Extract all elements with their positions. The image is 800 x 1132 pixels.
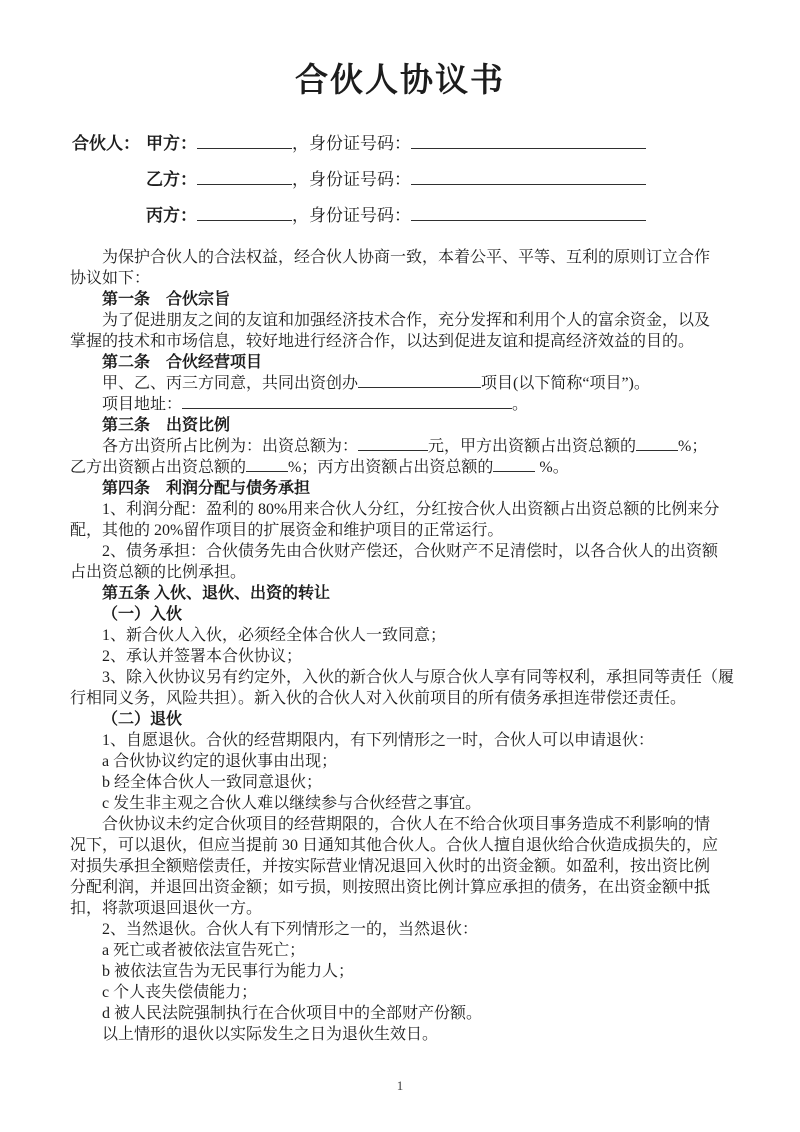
text-line: b 被依法宣告为无民事行为能力人； <box>70 961 730 982</box>
text-line: 项目地址：。 <box>70 394 730 415</box>
section-heading: （二）退伙 <box>70 709 730 730</box>
underline-blank <box>411 134 646 149</box>
text-line: 乙方出资额占出资总额的%；丙方出资额占出资总额的 %。 <box>70 457 730 478</box>
text-segment: 为了促进朋友之间的友谊和加强经济技术合作，充分发挥和利用个人的富余资金，以及 <box>102 312 710 329</box>
parties-block: 合伙人：甲方：，身份证号码：乙方：，身份证号码：丙方：，身份证号码： <box>72 129 730 237</box>
underline-blank <box>358 436 428 451</box>
text-line: a 合伙协议约定的退伙事由出现； <box>70 751 730 772</box>
text-line: 分配利润，并退回出资金额；如亏损，则按照出资比例计算应承担的债务，在出资金额中抵 <box>70 877 730 898</box>
text-line: c 个人丧失偿债能力； <box>70 982 730 1003</box>
text-segment: 乙方出资额占出资总额的 <box>70 459 246 476</box>
text-line: 甲、乙、丙三方同意，共同出资创办项目(以下简称“项目”)。 <box>70 373 730 394</box>
text-segment: （二）退伙 <box>102 711 182 728</box>
text-segment: 第四条 利润分配与债务承担 <box>102 480 310 497</box>
section-heading: 第一条 合伙宗旨 <box>70 289 730 310</box>
text-segment: c 个人丧失偿债能力； <box>102 984 257 1001</box>
text-line: 况下，可以退伙，但应当提前 30 日通知其他合伙人。合伙人擅自退伙给合伙造成损失… <box>70 835 730 856</box>
text-segment: 第三条 出资比例 <box>102 417 230 434</box>
text-line: 为了促进朋友之间的友谊和加强经济技术合作，充分发挥和利用个人的富余资金，以及 <box>70 310 730 331</box>
text-segment: 分配利润，并退回出资金额；如亏损，则按照出资比例计算应承担的债务，在出资金额中抵 <box>70 879 710 896</box>
section-heading: 第四条 利润分配与债务承担 <box>70 478 730 499</box>
document-page: 合伙人协议书 合伙人：甲方：，身份证号码：乙方：，身份证号码：丙方：，身份证号码… <box>0 0 800 1132</box>
text-line: 占出资总额的比例承担。 <box>70 562 730 583</box>
party-row: 丙方：，身份证号码： <box>72 201 730 237</box>
section-heading: 第五条 入伙、退伙、出资的转让 <box>70 583 730 604</box>
underline-blank <box>411 206 646 221</box>
section-heading: 第三条 出资比例 <box>70 415 730 436</box>
document-body: 为保护合伙人的合法权益，经合伙人协商一致，本着公平、平等、互利的原则订立合作协议… <box>70 247 730 1045</box>
text-line: 3、除入伙协议另有约定外，入伙的新合伙人与原合伙人享有同等权利，承担同等责任（履 <box>70 667 730 688</box>
text-line: b 经全体合伙人一致同意退伙； <box>70 772 730 793</box>
party-name: 乙方： <box>146 170 197 189</box>
text-line: 为保护合伙人的合法权益，经合伙人协商一致，本着公平、平等、互利的原则订立合作 <box>70 247 730 268</box>
document-title: 合伙人协议书 <box>0 0 800 101</box>
id-number-label: ，身份证号码： <box>292 170 411 189</box>
text-segment: 1、利润分配：盈利的 80%用来合伙人分红，分红按合伙人出资额占出资总额的比例来… <box>102 501 719 518</box>
text-line: 各方出资所占比例为：出资总额为：元，甲方出资额占出资总额的%； <box>70 436 730 457</box>
text-segment: 第五条 入伙、退伙、出资的转让 <box>102 585 330 602</box>
text-line: 配，其他的 20%留作项目的扩展资金和维护项目的正常运行。 <box>70 520 730 541</box>
text-segment: a 死亡或者被依法宣告死亡； <box>102 942 305 959</box>
text-segment: a 合伙协议约定的退伙事由出现； <box>102 753 337 770</box>
text-segment: 占出资总额的比例承担。 <box>70 564 246 581</box>
text-segment: 1、新合伙人入伙，必须经全体合伙人一致同意； <box>102 627 446 644</box>
text-segment: b 经全体合伙人一致同意退伙； <box>102 774 322 791</box>
page-number: 1 <box>0 1078 800 1094</box>
text-segment: 行相同义务，风险共担）。新入伙的合伙人对入伙前项目的所有债务承担连带偿还责任。 <box>70 690 686 707</box>
text-line: 扣，将款项退回退伙一方。 <box>70 898 730 919</box>
id-number-label: ，身份证号码： <box>292 134 411 153</box>
text-segment: %。 <box>535 459 568 476</box>
underline-blank <box>197 170 292 185</box>
text-segment: 项目(以下简称“项目”)。 <box>481 375 650 392</box>
id-number-label: ，身份证号码： <box>292 206 411 225</box>
text-segment: 对损失承担全额赔偿责任，并按实际营业情况退回入伙时的出资金额。如盈利，按出资比例 <box>70 858 710 875</box>
underline-blank <box>358 373 481 388</box>
text-segment: 项目地址： <box>102 396 182 413</box>
text-line: 2、承认并签署本合伙协议； <box>70 646 730 667</box>
text-segment: 1、自愿退伙。合伙的经营期限内，有下列情形之一时，合伙人可以申请退伙： <box>102 732 654 749</box>
underline-blank <box>197 206 292 221</box>
text-segment: 掌握的技术和市场信息，较好地进行经济合作，以达到促进友谊和提高经济效益的目的。 <box>70 333 694 350</box>
text-line: d 被人民法院强制执行在合伙项目中的全部财产份额。 <box>70 1003 730 1024</box>
text-segment: 协议如下： <box>70 270 150 287</box>
text-line: 行相同义务，风险共担）。新入伙的合伙人对入伙前项目的所有债务承担连带偿还责任。 <box>70 688 730 709</box>
text-segment: 甲、乙、丙三方同意，共同出资创办 <box>102 375 358 392</box>
text-line: 掌握的技术和市场信息，较好地进行经济合作，以达到促进友谊和提高经济效益的目的。 <box>70 331 730 352</box>
text-segment: b 被依法宣告为无民事行为能力人； <box>102 963 354 980</box>
text-line: 1、新合伙人入伙，必须经全体合伙人一致同意； <box>70 625 730 646</box>
text-segment: 2、当然退伙。合伙人有下列情形之一的，当然退伙： <box>102 921 478 938</box>
text-line: 2、当然退伙。合伙人有下列情形之一的，当然退伙： <box>70 919 730 940</box>
underline-blank <box>493 457 535 472</box>
text-segment: 配，其他的 20%留作项目的扩展资金和维护项目的正常运行。 <box>70 522 503 539</box>
section-heading: （一）入伙 <box>70 604 730 625</box>
underline-blank <box>636 436 678 451</box>
text-line: 2、债务承担：合伙债务先由合伙财产偿还，合伙财产不足清偿时，以各合伙人的出资额 <box>70 541 730 562</box>
text-line: 1、利润分配：盈利的 80%用来合伙人分红，分红按合伙人出资额占出资总额的比例来… <box>70 499 730 520</box>
text-segment: 各方出资所占比例为：出资总额为： <box>102 438 358 455</box>
underline-blank <box>246 457 288 472</box>
underline-blank <box>197 134 292 149</box>
text-segment: 第二条 合伙经营项目 <box>102 354 262 371</box>
party-name: 甲方： <box>146 134 197 153</box>
underline-blank <box>182 394 512 409</box>
text-line: c 发生非主观之合伙人难以继续参与合伙经营之事宜。 <box>70 793 730 814</box>
text-segment: 元，甲方出资额占出资总额的 <box>428 438 636 455</box>
text-line: 对损失承担全额赔偿责任，并按实际营业情况退回入伙时的出资金额。如盈利，按出资比例 <box>70 856 730 877</box>
text-segment: %；丙方出资额占出资总额的 <box>288 459 493 476</box>
text-segment: 3、除入伙协议另有约定外，入伙的新合伙人与原合伙人享有同等权利，承担同等责任（履 <box>102 669 734 686</box>
text-line: 协议如下： <box>70 268 730 289</box>
text-segment: 第一条 合伙宗旨 <box>102 291 230 308</box>
text-segment: 扣，将款项退回退伙一方。 <box>70 900 262 917</box>
text-line: 合伙协议未约定合伙项目的经营期限的，合伙人在不给合伙项目事务造成不利影响的情 <box>70 814 730 835</box>
text-segment: 2、债务承担：合伙债务先由合伙财产偿还，合伙财产不足清偿时，以各合伙人的出资额 <box>102 543 718 560</box>
text-segment: c 发生非主观之合伙人难以继续参与合伙经营之事宜。 <box>102 795 481 812</box>
partner-label: 合伙人： <box>72 129 146 159</box>
text-line: 1、自愿退伙。合伙的经营期限内，有下列情形之一时，合伙人可以申请退伙： <box>70 730 730 751</box>
party-name: 丙方： <box>146 206 197 225</box>
party-row: 合伙人：甲方：，身份证号码： <box>72 129 730 165</box>
text-segment: 合伙协议未约定合伙项目的经营期限的，合伙人在不给合伙项目事务造成不利影响的情 <box>102 816 710 833</box>
section-heading: 第二条 合伙经营项目 <box>70 352 730 373</box>
underline-blank <box>411 170 646 185</box>
text-line: a 死亡或者被依法宣告死亡； <box>70 940 730 961</box>
text-segment: 以上情形的退伙以实际发生之日为退伙生效日。 <box>102 1026 438 1043</box>
text-line: 以上情形的退伙以实际发生之日为退伙生效日。 <box>70 1024 730 1045</box>
text-segment: 2、承认并签署本合伙协议； <box>102 648 302 665</box>
text-segment: %； <box>678 438 707 455</box>
text-segment: （一）入伙 <box>102 606 182 623</box>
party-row: 乙方：，身份证号码： <box>72 165 730 201</box>
text-segment: 为保护合伙人的合法权益，经合伙人协商一致，本着公平、平等、互利的原则订立合作 <box>102 249 710 266</box>
text-segment: 。 <box>512 396 528 413</box>
text-segment: d 被人民法院强制执行在合伙项目中的全部财产份额。 <box>102 1005 482 1022</box>
text-segment: 况下，可以退伙，但应当提前 30 日通知其他合伙人。合伙人擅自退伙给合伙造成损失… <box>70 837 718 854</box>
